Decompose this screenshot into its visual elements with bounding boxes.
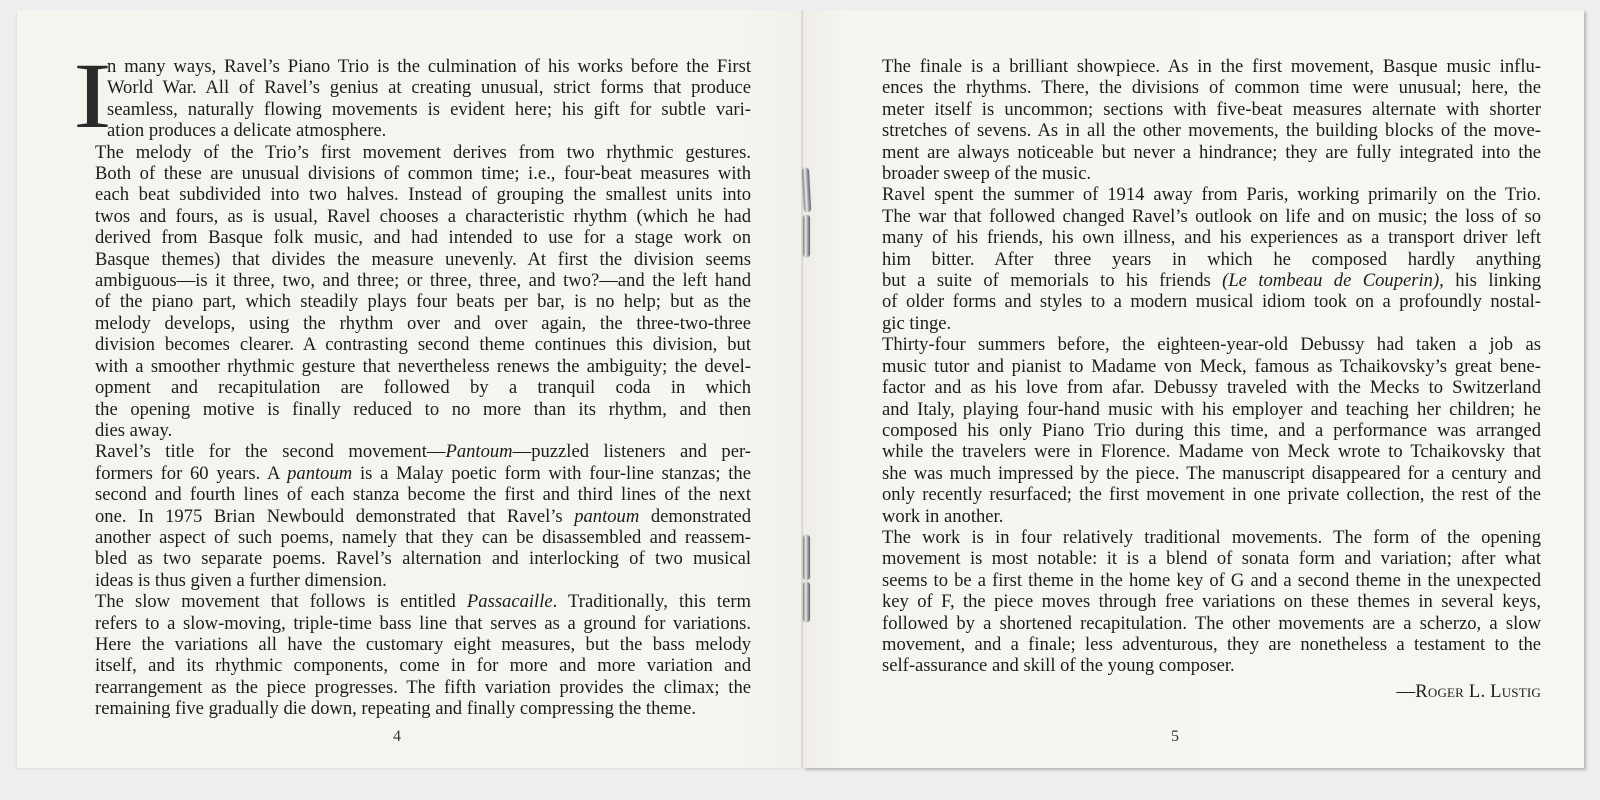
text-line: she was much impressed by the piece. The… — [860, 463, 1541, 484]
page-number: 5 — [1171, 728, 1179, 746]
text-line: meter itself is uncommon; sections with … — [860, 99, 1541, 120]
text-line: movement is most notable: it is a blend … — [860, 548, 1541, 569]
text-line: gic tinge. — [860, 313, 1541, 334]
text-line: melody develops, using the rhythm over a… — [73, 313, 751, 334]
text-line: Here the variations all have the customa… — [73, 634, 751, 655]
text-line: Basque themes) that divides the measure … — [73, 249, 751, 270]
text-line: The work is in four relatively tradition… — [860, 527, 1541, 548]
page-number: 4 — [393, 728, 401, 746]
text-line: Ravel’s title for the second movement—Pa… — [73, 441, 751, 462]
text-line: Thirty-four summers before, the eighteen… — [860, 334, 1541, 355]
text-line: but a suite of memorials to his friends … — [860, 270, 1541, 291]
text-line: derived from Basque folk music, and had … — [73, 227, 751, 248]
text-line: many of his friends, his own illness, an… — [860, 227, 1541, 248]
paragraph-first-movement: The melody of the Trio’s first movement … — [73, 142, 751, 442]
drop-cap: I — [73, 59, 108, 139]
text-line: self-assurance and skill of the young co… — [860, 655, 1541, 676]
text-line: each beat subdivided into two halves. In… — [73, 184, 751, 205]
text-line: n many ways, Ravel’s Piano Trio is the c… — [73, 56, 751, 77]
text-line: movement, and a finale; less adventurous… — [860, 634, 1541, 655]
text-line: second and fourth lines of each stanza b… — [73, 484, 751, 505]
text-line: opment and recapitulation are followed b… — [73, 377, 751, 398]
text-line: Ravel spent the summer of 1914 away from… — [860, 184, 1541, 205]
text-line: seamless, naturally flowing movements is… — [73, 99, 751, 120]
paragraph-slow-movement: The slow movement that follows is entitl… — [73, 591, 751, 719]
text-line: ambiguous—is it three, two, and three; o… — [73, 270, 751, 291]
text-line: stretches of sevens. As in all the other… — [860, 120, 1541, 141]
text-line: The finale is a brilliant showpiece. As … — [860, 56, 1541, 77]
text-line: itself, and its rhythmic components, com… — [73, 655, 751, 676]
text-line: composed his only Piano Trio during this… — [860, 420, 1541, 441]
text-line: ences the rhythms. There, the divisions … — [860, 77, 1541, 98]
text-line: ation produces a delicate atmosphere. — [73, 120, 751, 141]
text-line: the opening motive is finally reduced to… — [73, 399, 751, 420]
staple-top-lower — [803, 215, 810, 257]
paragraph-second-movement: Ravel’s title for the second movement—Pa… — [73, 441, 751, 591]
staple-bottom-upper — [803, 535, 810, 580]
text-line: The war that followed changed Ravel’s ou… — [860, 206, 1541, 227]
text-line: of the piano part, which steadily plays … — [73, 291, 751, 312]
right-page: The finale is a brilliant showpiece. As … — [803, 10, 1584, 768]
text-line: rearrangement as the piece progresses. T… — [73, 677, 751, 698]
text-line: remaining five gradually die down, repea… — [73, 698, 751, 719]
text-line: Both of these are unusual divisions of c… — [73, 163, 751, 184]
text-line: while the travelers were in Florence. Ma… — [860, 441, 1541, 462]
author-signature: —Roger L. Lustig — [860, 681, 1541, 702]
left-page: I n many ways, Ravel’s Piano Trio is the… — [17, 10, 802, 768]
text-line: and Italy, playing four-hand music with … — [860, 399, 1541, 420]
text-line: The melody of the Trio’s first movement … — [73, 142, 751, 163]
text-line: followed by a shortened recapitulation. … — [860, 613, 1541, 634]
text-line: key of F, the piece moves through free v… — [860, 591, 1541, 612]
italic-term: pantoum — [287, 463, 352, 484]
text-line: one. In 1975 Brian Newbould demonstrated… — [73, 506, 751, 527]
text-line: The slow movement that follows is entitl… — [73, 591, 751, 612]
paragraph-intro: I n many ways, Ravel’s Piano Trio is the… — [73, 56, 751, 142]
text-line: refers to a slow-moving, triple-time bas… — [73, 613, 751, 634]
text-line: bled as two separate poems. Ravel’s alte… — [73, 548, 751, 569]
text-line: World War. All of Ravel’s genius at crea… — [73, 77, 751, 98]
text-line: broader sweep of the music. — [860, 163, 1541, 184]
staple-bottom-lower — [803, 582, 810, 622]
paragraph-four-movements: The work is in four relatively tradition… — [860, 527, 1541, 677]
text-line: of older forms and styles to a modern mu… — [860, 291, 1541, 312]
text-line: another aspect of such poems, namely tha… — [73, 527, 751, 548]
paragraph-finale: The finale is a brilliant showpiece. As … — [860, 56, 1541, 184]
text-line: twos and fours, as is usual, Ravel choos… — [73, 206, 751, 227]
left-page-text: I n many ways, Ravel’s Piano Trio is the… — [73, 56, 751, 720]
italic-term: pantoum — [574, 506, 639, 527]
italic-title: Pantoum — [445, 441, 512, 462]
text-line: ment are always noticeable but never a h… — [860, 142, 1541, 163]
italic-title: (Le tombeau de Couperin), — [1222, 270, 1444, 291]
text-line: only recently resurfaced; the first move… — [860, 484, 1541, 505]
text-line: factor and as his love from afar. Debuss… — [860, 377, 1541, 398]
text-line: music tutor and pianist to Madame von Me… — [860, 356, 1541, 377]
italic-title: Passacaille — [467, 591, 553, 612]
text-line: him bitter. After three years in which h… — [860, 249, 1541, 270]
right-page-text: The finale is a brilliant showpiece. As … — [860, 56, 1541, 702]
text-line: work in another. — [860, 506, 1541, 527]
paragraph-debussy: Thirty-four summers before, the eighteen… — [860, 334, 1541, 527]
text-line: division becomes clearer. A contrasting … — [73, 334, 751, 355]
text-line: seems to be a first theme in the home ke… — [860, 570, 1541, 591]
text-line: dies away. — [73, 420, 751, 441]
paragraph-summer-1914: Ravel spent the summer of 1914 away from… — [860, 184, 1541, 334]
text-line: with a smoother rhythmic gesture that ne… — [73, 356, 751, 377]
text-line: formers for 60 years. A pantoum is a Mal… — [73, 463, 751, 484]
text-line: ideas is thus given a further dimension. — [73, 570, 751, 591]
